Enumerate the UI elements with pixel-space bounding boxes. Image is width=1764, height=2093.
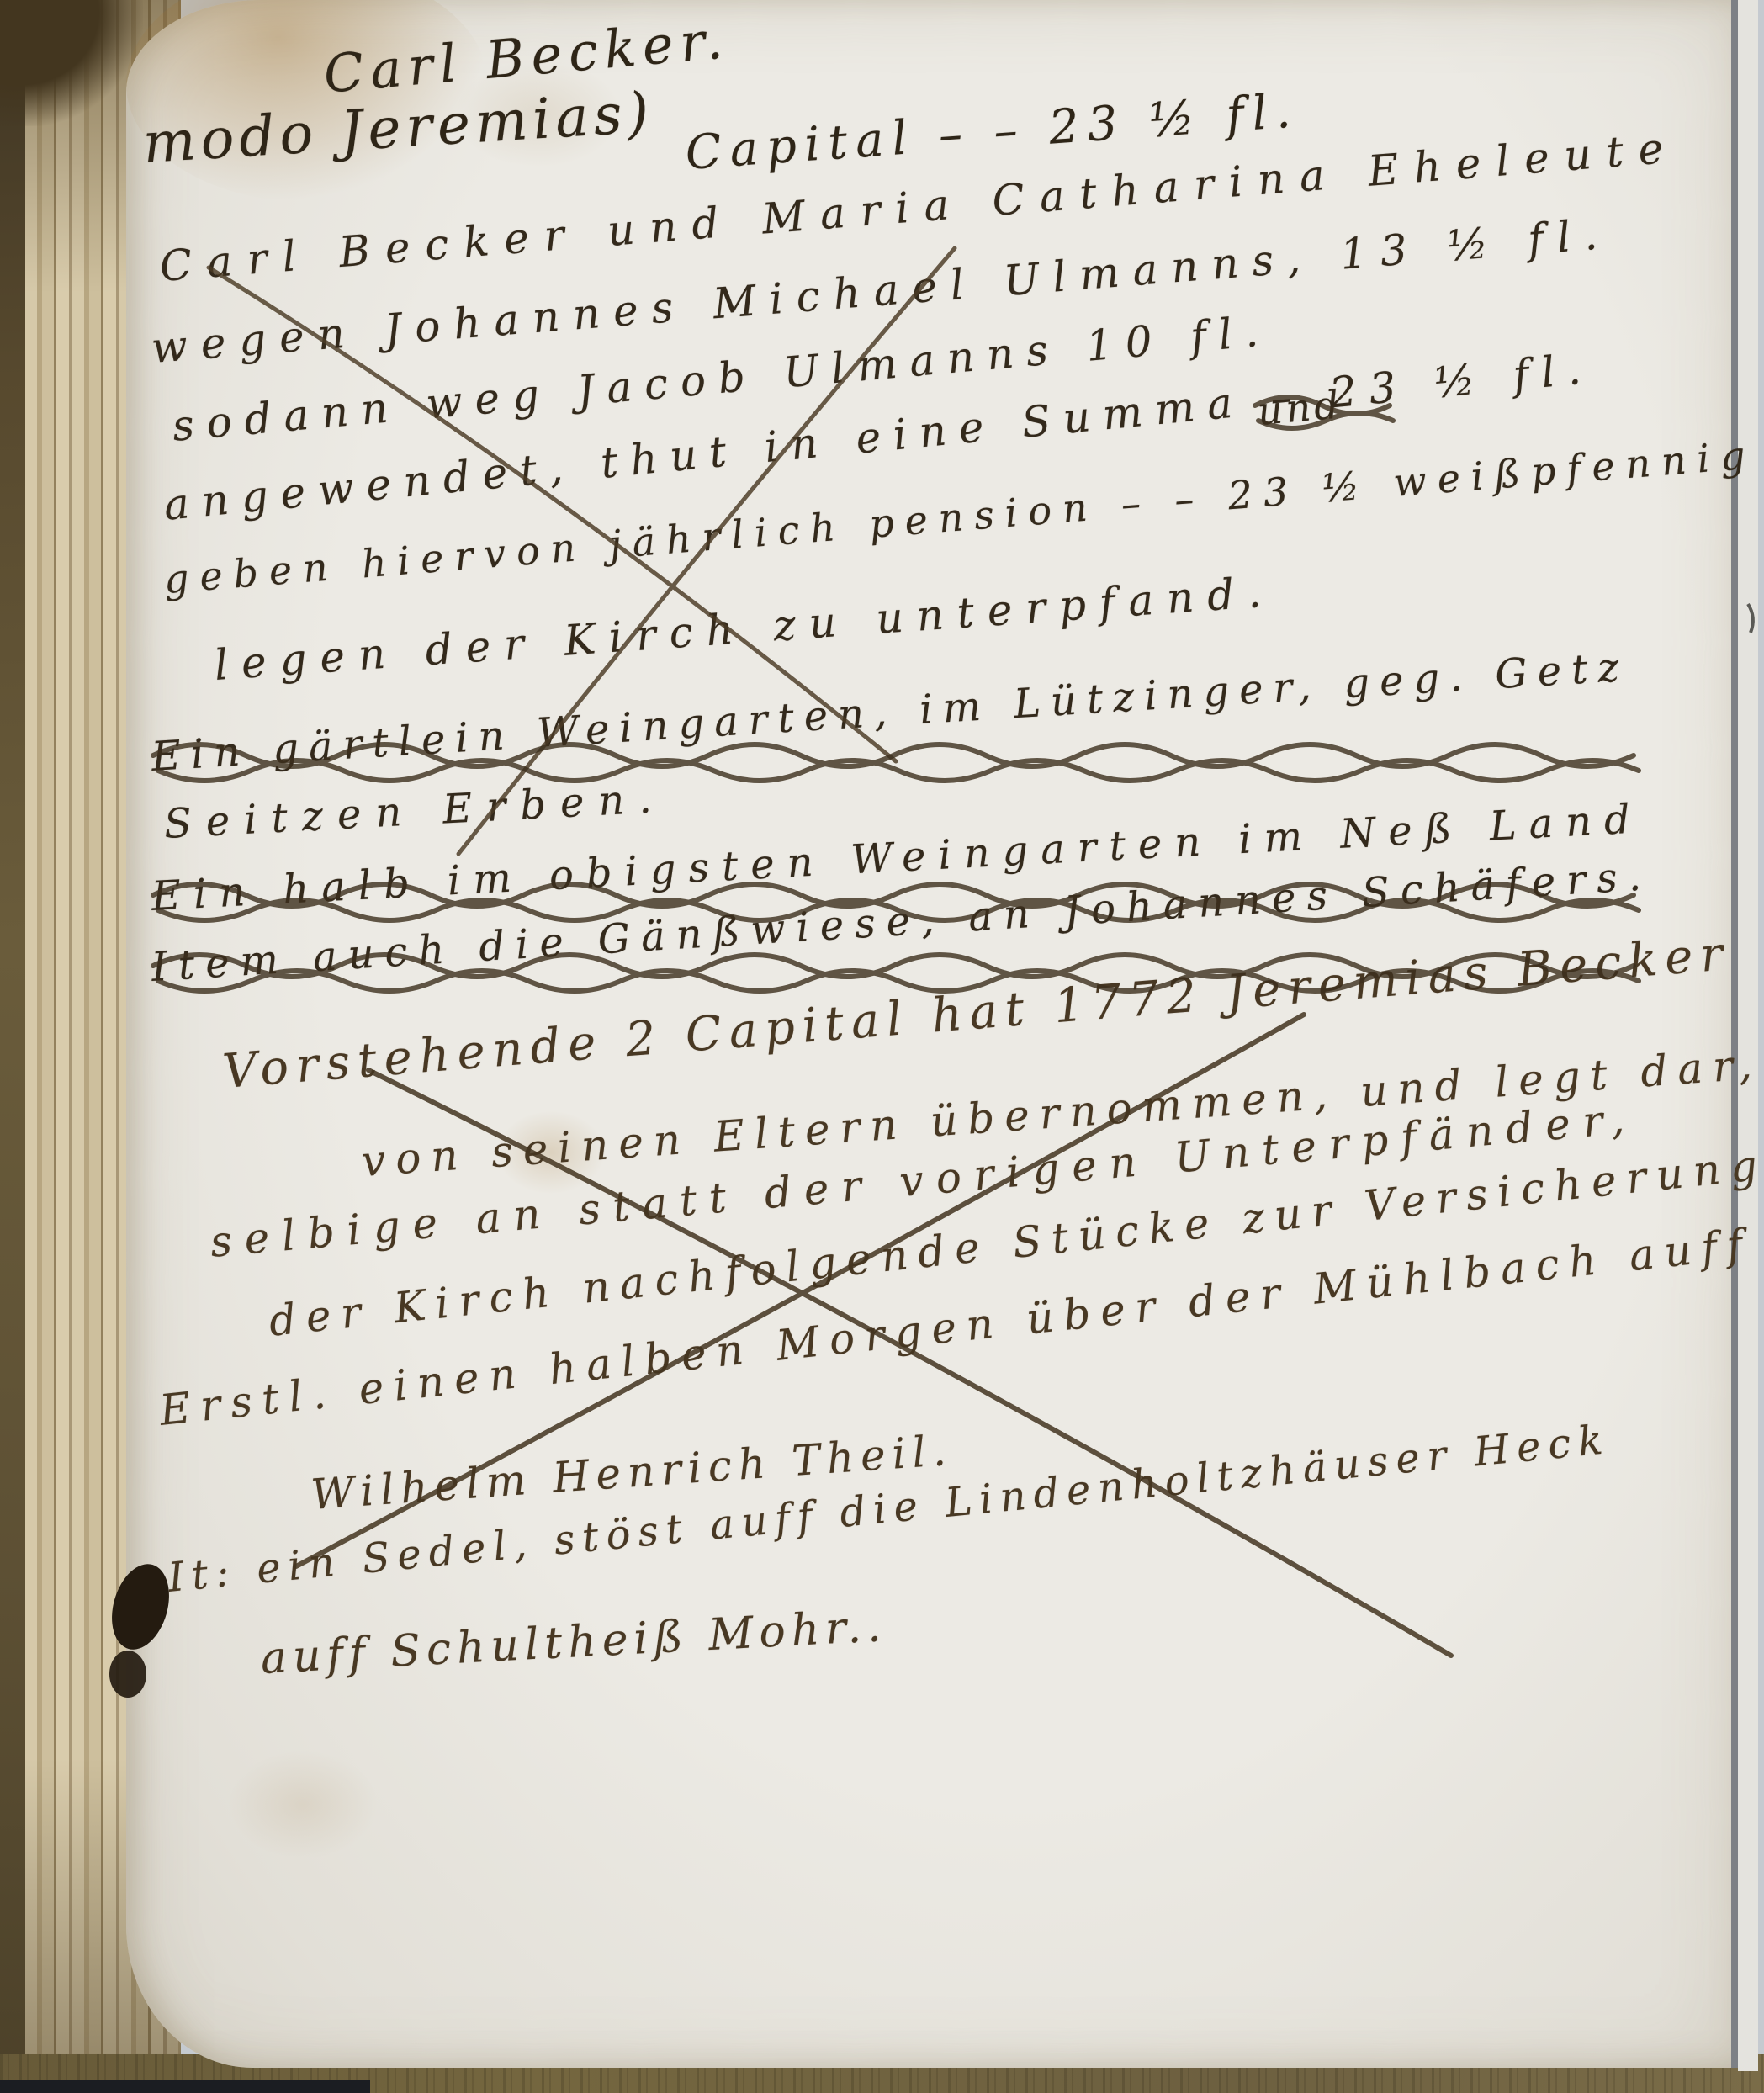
page-right-edge-line: [1731, 0, 1738, 2068]
cover-corner-shadow: [0, 0, 143, 126]
scanner-bottom-strip: [0, 2080, 370, 2093]
scanned-manuscript-page: Carl Becker. modo Jeremias) Capital – – …: [0, 0, 1764, 2093]
facing-page-sliver: [1738, 0, 1758, 2071]
